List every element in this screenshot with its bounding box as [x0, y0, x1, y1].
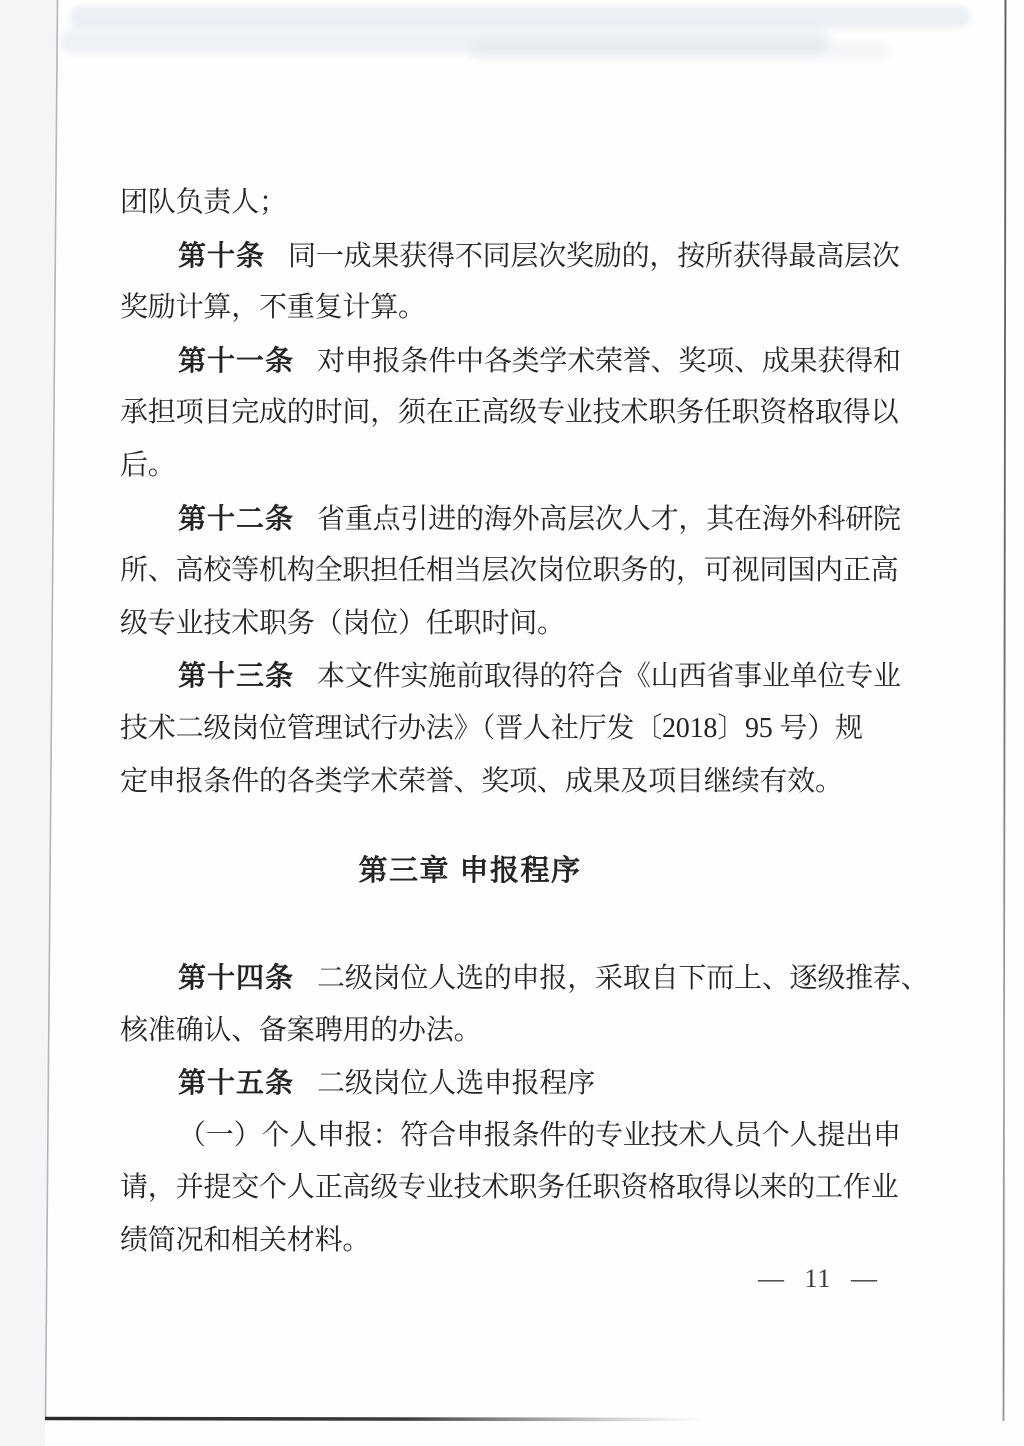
article-number: 第十一条 — [178, 345, 294, 376]
left-margin-shade — [0, 0, 57, 1446]
text-line: 核准确认、备案聘用的办法。 — [120, 1005, 912, 1058]
line-text: 同一成果获得不同层次奖励的，按所获得最高层次 — [288, 241, 900, 272]
line-text: 二级岗位人选申报程序 — [317, 1068, 595, 1099]
line-text: 对申报条件中各类学术荣誉、奖项、成果获得和 — [317, 346, 901, 377]
line-text: 核准确认、备案聘用的办法。 — [120, 1015, 481, 1046]
article-number: 第十五条 — [178, 1067, 294, 1098]
bleed-through-ghosting — [470, 42, 890, 60]
text-line: 请，并提交个人正高级专业技术职务任职资格取得以来的工作业 — [120, 1162, 912, 1215]
line-text: 团队负责人； — [120, 187, 287, 218]
line-text: 承担项目完成的时间，须在正高级专业技术职务任职资格取得以 — [120, 397, 898, 428]
text-line: 第十一条对申报条件中各类学术荣誉、奖项、成果获得和 — [120, 335, 912, 388]
article-number: 第十三条 — [178, 660, 294, 691]
line-text: 所、高校等机构全职担任相当层次岗位职务的，可视同国内正高 — [120, 555, 898, 586]
line-text: 二级岗位人选的申报，采取自下而上、逐级推荐、 — [317, 963, 929, 994]
line-text: 级专业技术职务（岗位）任职时间。 — [120, 608, 565, 639]
text-line: 第十三条本文件实施前取得的符合《山西省事业单位专业 — [120, 650, 912, 703]
page-number: — 11 — — [702, 1262, 934, 1296]
bleed-through-ghosting — [70, 6, 970, 28]
text-line: 后。 — [120, 440, 912, 493]
scanned-document-page: 团队负责人；第十条同一成果获得不同层次奖励的，按所获得最高层次奖励计算，不重复计… — [0, 0, 1024, 1446]
left-fold-line — [46, 0, 58, 1418]
line-text: 定申报条件的各类学术荣誉、奖项、成果及项目继续有效。 — [120, 766, 843, 797]
right-page-edge — [1004, 0, 1006, 1421]
text-line: 技术二级岗位管理试行办法》（晋人社厅发〔2018〕95 号）规 — [120, 703, 912, 756]
line-text: 请，并提交个人正高级专业技术职务任职资格取得以来的工作业 — [120, 1172, 898, 1203]
line-text: 后。 — [120, 450, 176, 481]
article-number: 第十条 — [178, 240, 265, 271]
line-text: 奖励计算，不重复计算。 — [120, 292, 426, 323]
line-text: 本文件实施前取得的符合《山西省事业单位专业 — [317, 661, 901, 692]
text-line: 级专业技术职务（岗位）任职时间。 — [120, 598, 912, 651]
text-line: 定申报条件的各类学术荣誉、奖项、成果及项目继续有效。 — [120, 756, 912, 809]
article-number: 第十四条 — [178, 962, 294, 993]
line-text: 技术二级岗位管理试行办法》（晋人社厅发〔2018〕95 号）规 — [120, 713, 863, 744]
text-line: 团队负责人； — [120, 177, 912, 230]
body-text-upper: 团队负责人；第十条同一成果获得不同层次奖励的，按所获得最高层次奖励计算，不重复计… — [120, 177, 912, 808]
text-line: 第十条同一成果获得不同层次奖励的，按所获得最高层次 — [120, 230, 912, 283]
text-line: 承担项目完成的时间，须在正高级专业技术职务任职资格取得以 — [120, 387, 912, 440]
body-text-lower: 第十四条二级岗位人选的申报，采取自下而上、逐级推荐、核准确认、备案聘用的办法。第… — [120, 952, 912, 1268]
text-line: 第十二条省重点引进的海外高层次人才，其在海外科研院 — [120, 493, 912, 546]
chapter-heading: 第三章 申报程序 — [75, 845, 865, 897]
text-line: 第十四条二级岗位人选的申报，采取自下而上、逐级推荐、 — [120, 952, 912, 1005]
text-line: （一）个人申报：符合申报条件的专业技术人员个人提出申 — [120, 1110, 912, 1163]
line-text: （一）个人申报：符合申报条件的专业技术人员个人提出申 — [178, 1120, 901, 1151]
line-text: 省重点引进的海外高层次人才，其在海外科研院 — [317, 504, 901, 535]
text-line: 绩简况和相关材料。 — [120, 1215, 912, 1268]
line-text: 绩简况和相关材料。 — [120, 1225, 370, 1256]
text-line: 第十五条二级岗位人选申报程序 — [120, 1057, 912, 1110]
article-number: 第十二条 — [178, 503, 294, 534]
bottom-page-edge — [45, 1419, 705, 1420]
text-line: 所、高校等机构全职担任相当层次岗位职务的，可视同国内正高 — [120, 545, 912, 598]
text-line: 奖励计算，不重复计算。 — [120, 282, 912, 335]
